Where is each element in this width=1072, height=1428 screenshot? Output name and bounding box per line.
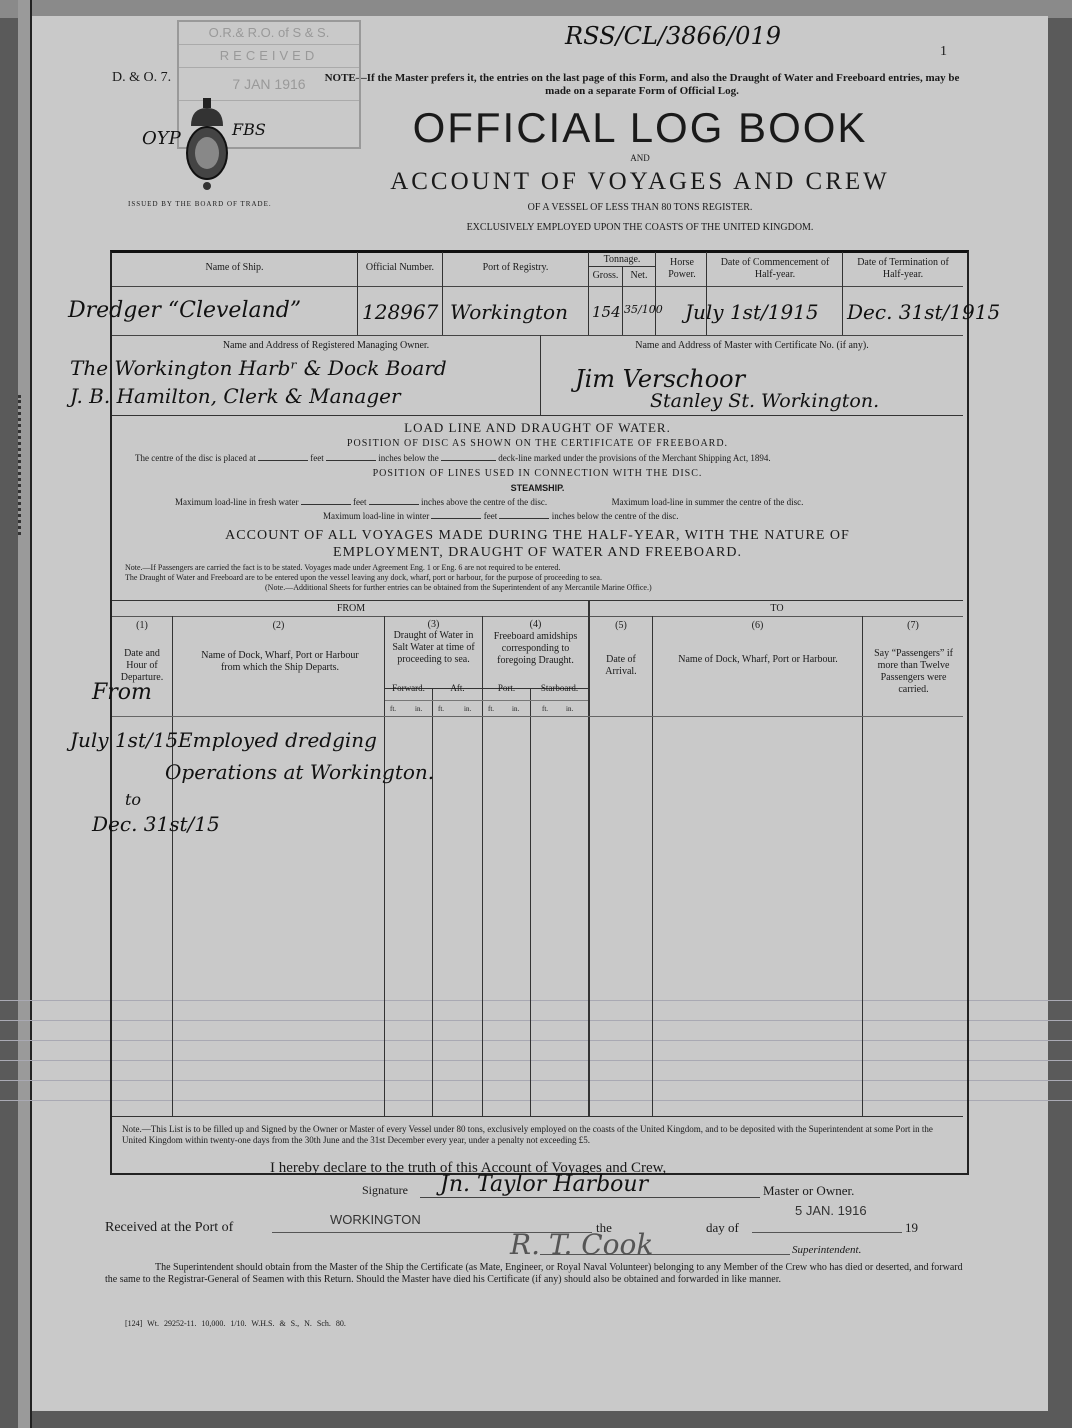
superintendent-line: [540, 1254, 790, 1255]
master-label: Name and Address of Master with Certific…: [541, 340, 963, 352]
margin-initials-left: OYP: [142, 128, 181, 149]
issuer-label: ISSUED BY THE BOARD OF TRADE.: [128, 200, 272, 208]
unit-in: in.: [464, 705, 471, 713]
binding-string: [18, 395, 35, 535]
voyages-notes: Note.—If Passengers are carried the fact…: [125, 563, 955, 593]
entry-description-1: Employed dredging: [178, 728, 377, 752]
header-net: Net.: [623, 270, 655, 281]
header-official-number: Official Number.: [358, 262, 442, 273]
received-label: Received at the Port of: [105, 1220, 233, 1236]
col1-label: Date and Hour of Departure.: [116, 648, 168, 684]
col6-label: Name of Dock, Wharf, Port or Harbour.: [673, 654, 843, 666]
col6-num: (6): [653, 620, 862, 632]
date-stamp: 5 JAN. 1916: [795, 1203, 867, 1218]
header-gross: Gross.: [589, 270, 622, 281]
voyages-note-2: The Draught of Water and Freeboard are t…: [125, 573, 955, 583]
disc-deck-field[interactable]: [441, 460, 496, 461]
col5-num: (5): [590, 620, 652, 632]
fresh-water-line: Maximum load-line in fresh water feet in…: [175, 497, 955, 507]
entry-to-word: to: [125, 790, 141, 809]
owner-label: Name and Address of Registered Managing …: [112, 340, 540, 352]
divider: [112, 600, 963, 601]
disc-title: POSITION OF DISC AS SHOWN ON THE CERTIFI…: [112, 438, 963, 449]
header-port: Port of Registry.: [443, 262, 588, 273]
gross-value: 154: [592, 303, 621, 321]
winter-text-b: feet: [484, 511, 498, 521]
lines-title: POSITION OF LINES USED IN CONNECTION WIT…: [112, 468, 963, 479]
winter-line: Maximum load-line in winter feet inches …: [323, 511, 923, 521]
disc-text-d: deck-line marked under the provisions of…: [498, 453, 770, 463]
winter-inches-field[interactable]: [499, 518, 549, 519]
unit-in: in.: [415, 705, 422, 713]
disc-text-b: feet: [310, 453, 324, 463]
subtitle-coasts: EXCLUSIVELY EMPLOYED UPON THE COASTS OF …: [330, 222, 950, 233]
instructions: The Superintendent should obtain from th…: [105, 1262, 965, 1286]
voyages-title-line2: EMPLOYMENT, DRAUGHT OF WATER AND FREEBOA…: [112, 544, 963, 561]
disc-text-c: inches below the: [378, 453, 438, 463]
col3-forward: Forward.: [385, 682, 432, 694]
unit-ft: ft.: [542, 705, 548, 713]
master-line-2: Stanley St. Workington.: [650, 390, 879, 412]
steamship-label: STEAMSHIP.: [112, 483, 963, 493]
unit-ft: ft.: [488, 705, 494, 713]
unit-in: in.: [566, 705, 573, 713]
col3-aft: Aft.: [433, 682, 482, 694]
signature-label: Signature: [362, 1183, 408, 1198]
voyages-title: ACCOUNT OF ALL VOYAGES MADE DURING THE H…: [112, 527, 963, 561]
page-number: 1: [940, 44, 947, 60]
col5-label: Date of Arrival.: [592, 654, 650, 678]
board-of-trade-crest-icon: [183, 98, 231, 193]
fresh-text-c: inches above the centre of the disc.: [421, 497, 547, 507]
fresh-text-a: Maximum load-line in fresh water: [175, 497, 298, 507]
net-value: 35/100: [624, 303, 663, 316]
fresh-feet-field[interactable]: [301, 504, 351, 505]
disc-position-text: The centre of the disc is placed at feet…: [135, 453, 955, 463]
divider: [112, 335, 963, 336]
subtitle-vessel: OF A VESSEL OF LESS THAN 80 TONS REGISTE…: [330, 202, 950, 213]
fresh-text-b: feet: [353, 497, 367, 507]
received-port-stamp: WORKINGTON: [330, 1212, 421, 1227]
top-note: NOTE—If the Master prefers it, the entri…: [312, 72, 972, 98]
header-tonnage: Tonnage.: [589, 254, 655, 265]
header-commencement: Date of Commencement of Half-year.: [710, 257, 840, 281]
col1-num: (1): [112, 620, 172, 632]
entry-end-date: Dec. 31st/15: [92, 812, 220, 836]
header-termination: Date of Termination of Half-year.: [846, 257, 960, 281]
form-code: D. & O. 7.: [112, 70, 171, 86]
winter-text-a: Maximum load-line in winter: [323, 511, 429, 521]
footer-note: Note.—This List is to be filled up and S…: [122, 1124, 957, 1146]
ship-name-value: Dredger “Cleveland”: [68, 298, 301, 323]
unit-in: in.: [512, 705, 519, 713]
binding-edge: [18, 0, 32, 1428]
entry-start-date: July 1st/15: [70, 728, 178, 752]
subtitle: ACCOUNT OF VOYAGES AND CREW: [330, 168, 950, 196]
entry-from-word: From: [92, 680, 152, 705]
voyages-title-line1: ACCOUNT OF ALL VOYAGES MADE DURING THE H…: [112, 527, 963, 544]
header-ship-name: Name of Ship.: [112, 262, 357, 273]
stamp-received: RECEIVED: [179, 45, 359, 68]
col4-label: Freeboard amidships corresponding to for…: [485, 631, 586, 667]
load-line-title: LOAD LINE AND DRAUGHT OF WATER.: [112, 420, 963, 436]
col4-starboard: Starboard.: [531, 682, 588, 694]
entry-description-2: Operations at Workington.: [165, 760, 434, 784]
signature-role: Master or Owner.: [763, 1183, 854, 1199]
owner-line-2: J. B. Hamilton, Clerk & Manager: [70, 384, 401, 408]
commencement-value: July 1st/1915: [685, 300, 819, 324]
print-code: [124] Wt. 29252-11. 10,000. 1/10. W.H.S.…: [125, 1319, 346, 1328]
voyages-note-1: Note.—If Passengers are carried the fact…: [125, 563, 955, 573]
col7-label: Say “Passengers” if more than Twelve Pas…: [866, 648, 961, 696]
col7-num: (7): [863, 620, 963, 632]
header-horse-power: Horse Power.: [660, 257, 704, 281]
to-label: TO: [592, 603, 962, 614]
col4-num: (4): [483, 619, 588, 631]
divider: [112, 286, 963, 287]
unit-ft: ft.: [390, 705, 396, 713]
signature-line: [420, 1197, 760, 1198]
master-line-1: Jim Verschoor: [575, 365, 745, 393]
margin-initials-right: FBS: [232, 120, 266, 139]
title-and: AND: [330, 153, 950, 163]
page-title: OFFICIAL LOG BOOK: [330, 104, 950, 152]
disc-text-a: The centre of the disc is placed at: [135, 453, 256, 463]
official-number-value: 128967: [362, 300, 438, 324]
year-label: 19: [905, 1220, 918, 1236]
voyages-note-3: (Note.—Additional Sheets for further ent…: [125, 583, 955, 593]
winter-text-c: inches below the centre of the disc.: [552, 511, 679, 521]
archive-reference: RSS/CL/3866/019: [565, 22, 781, 50]
disc-inches-field[interactable]: [326, 460, 376, 461]
port-value: Workington: [450, 300, 568, 324]
date-line: [752, 1232, 902, 1233]
col2-num: (2): [173, 620, 384, 632]
termination-value: Dec. 31st/1915: [847, 300, 1000, 324]
divider: [112, 616, 963, 617]
winter-feet-field[interactable]: [431, 518, 481, 519]
summer-text: Maximum load-line in summer the centre o…: [612, 497, 804, 507]
fresh-inches-field[interactable]: [369, 504, 419, 505]
stamp-office: O.R.& R.O. of S & S.: [179, 22, 359, 45]
col3-label: Draught of Water in Salt Water at time o…: [387, 630, 480, 666]
unit-ft: ft.: [438, 705, 444, 713]
from-label: FROM: [112, 603, 590, 614]
col2-label: Name of Dock, Wharf, Port or Harbour fro…: [195, 650, 365, 674]
disc-feet-field[interactable]: [258, 460, 308, 461]
superintendent-label: Superintendent.: [792, 1244, 861, 1256]
day-of-label: day of: [706, 1220, 739, 1236]
owner-line-1: The Workington Harbʳ & Dock Board: [70, 356, 447, 380]
stamp-date: 7 JAN 1916: [179, 68, 359, 101]
superintendent-signature: R. T. Cook: [510, 1228, 653, 1261]
col4-port: Port.: [483, 682, 530, 694]
divider: [112, 415, 963, 416]
signature-value: Jn. Taylor Harbour: [440, 1172, 648, 1197]
